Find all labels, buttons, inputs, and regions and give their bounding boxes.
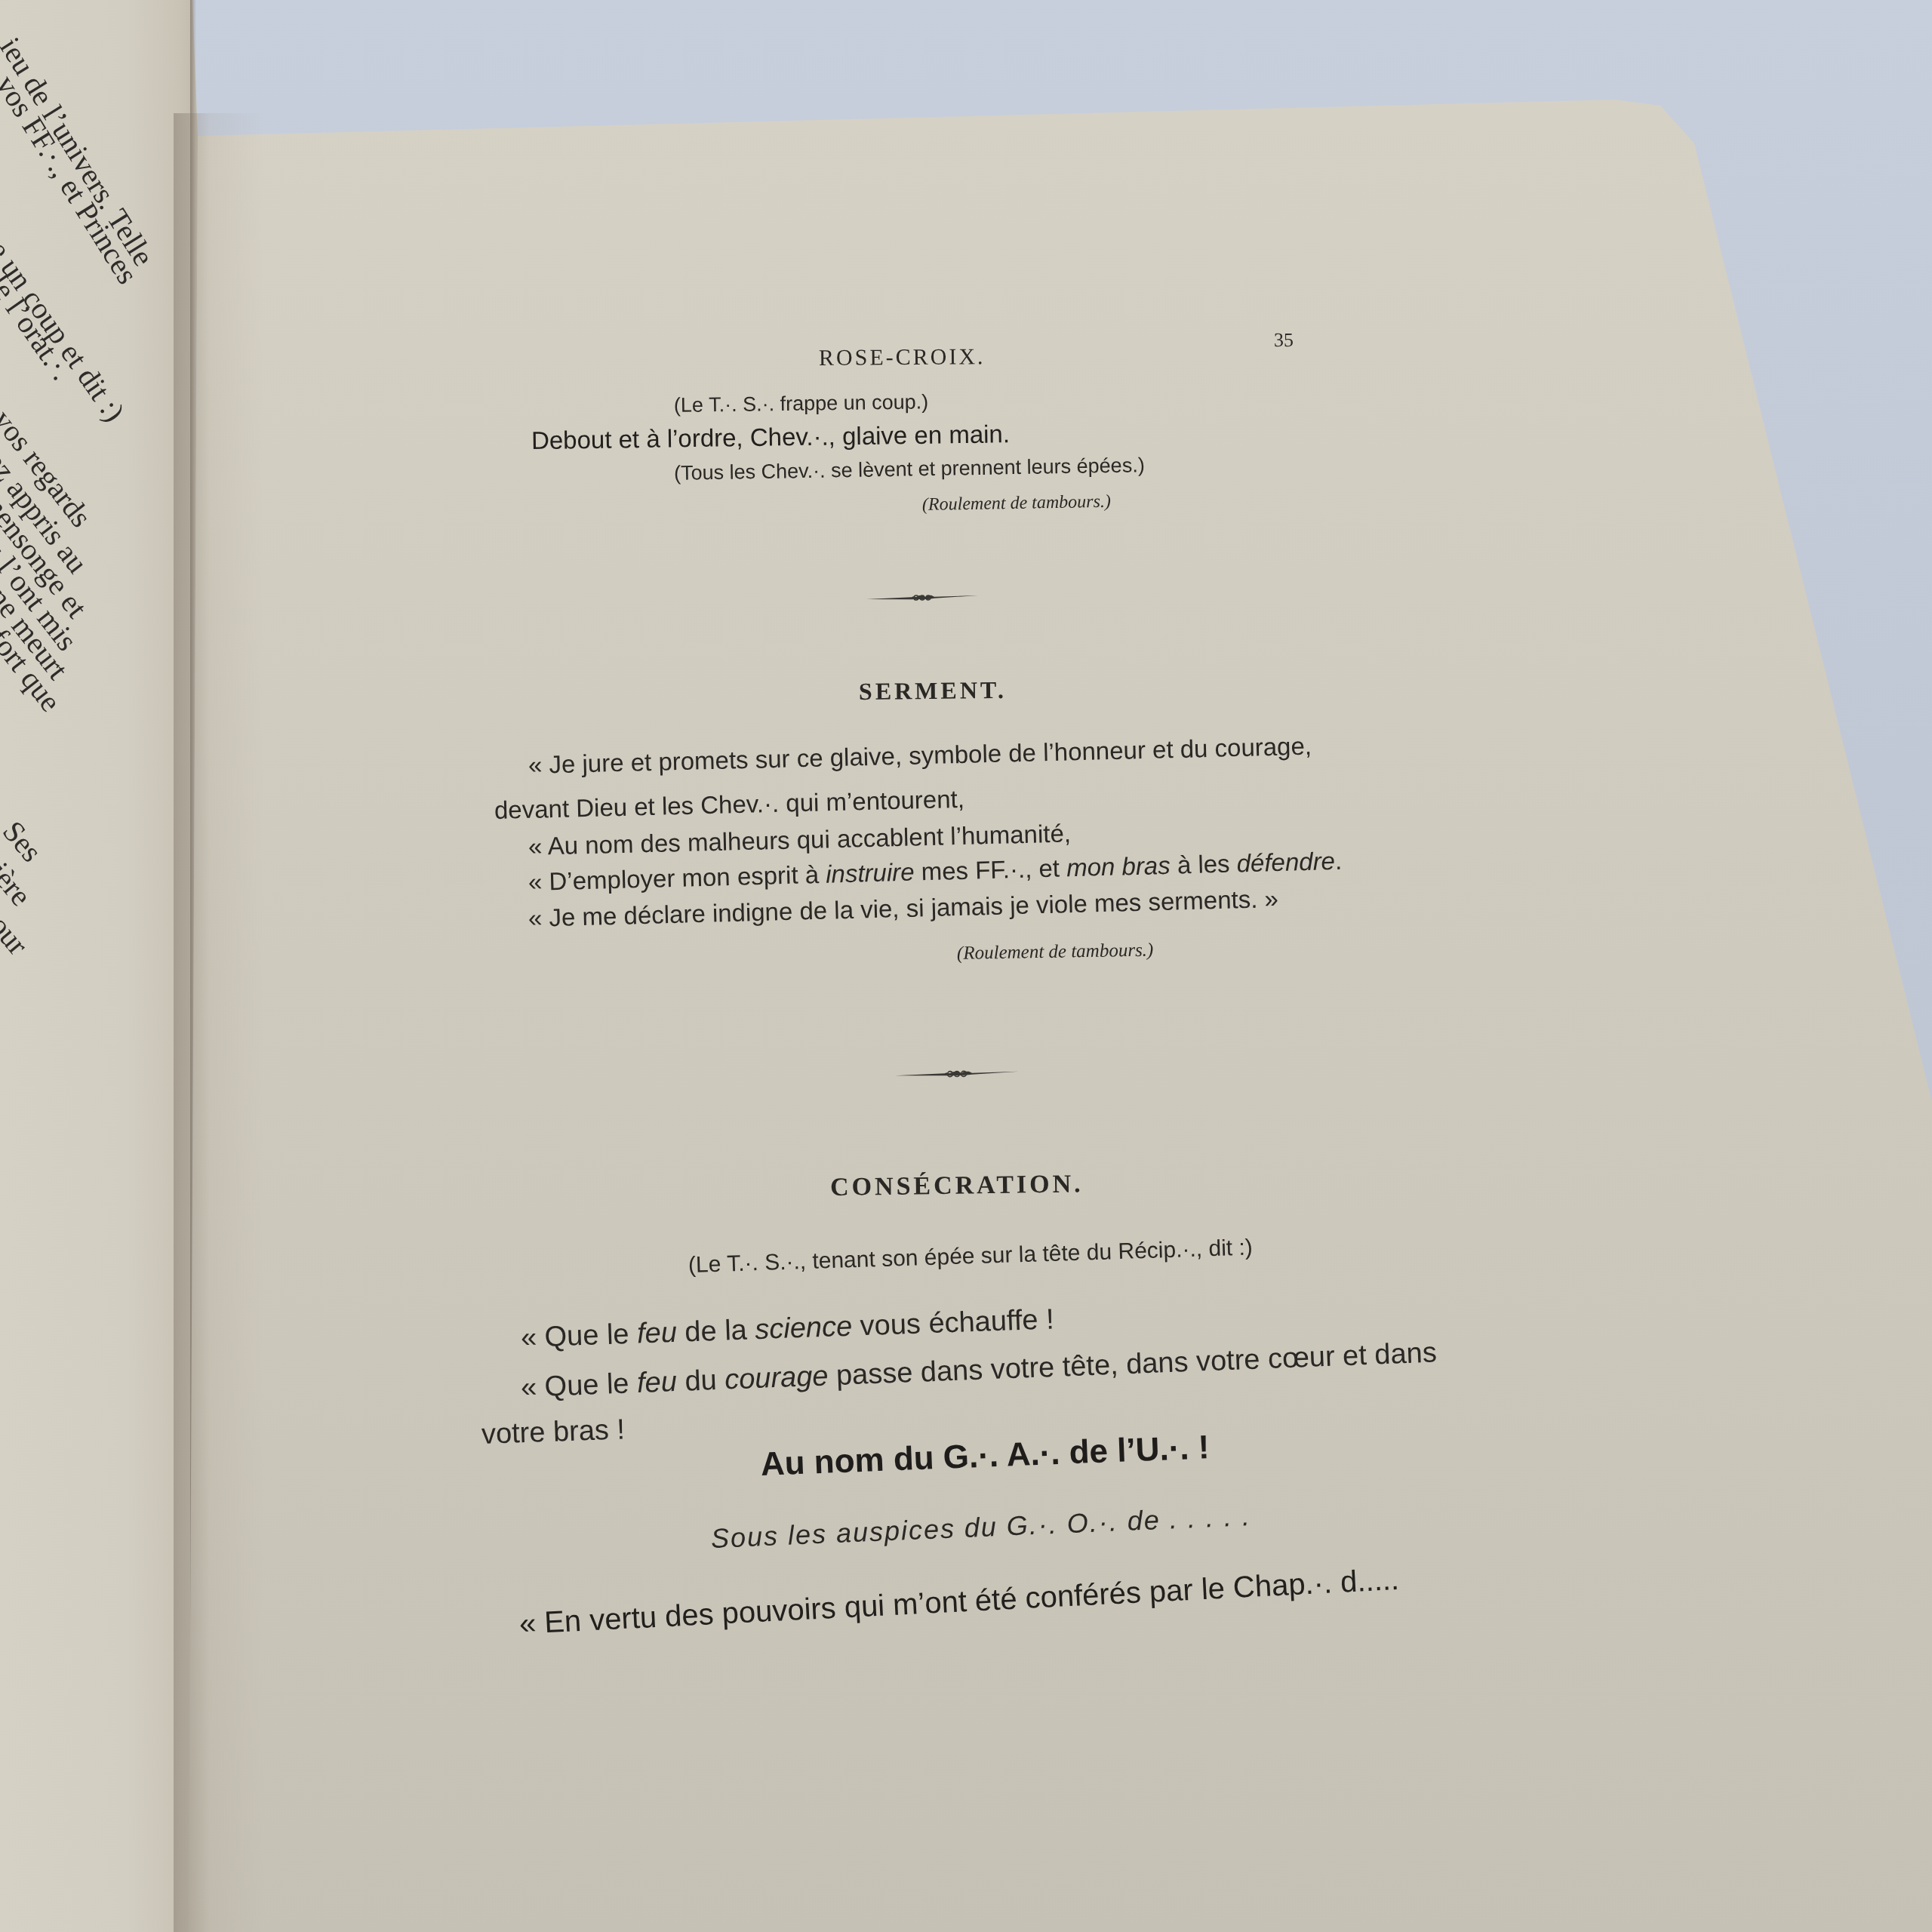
running-head: ROSE-CROIX. [819,344,986,371]
stage-direction: (Le T.·. S.·. frappe un coup.) [674,390,929,417]
consecration-text: « Que le [520,1367,638,1404]
right-page [0,0,1932,1932]
oath-text-emphasis: instruire [826,858,915,888]
oath-text: à les [1170,849,1237,878]
consecration-line: votre bras ! [481,1414,625,1451]
consecration-text-emphasis: courage [724,1360,829,1395]
oath-text: . [1334,847,1342,875]
consecration-text: « Que le [520,1318,638,1354]
consecration-text: du [676,1364,725,1398]
oath-text-emphasis: défendre [1236,847,1335,877]
stage-direction: (Roulement de tambours.) [957,940,1154,964]
consecration-text: vous échauffe ! [851,1303,1054,1342]
section-heading-serment: SERMENT. [859,676,1007,706]
stage-direction: (Roulement de tambours.) [922,492,1111,515]
ornament-divider [866,592,978,603]
consecration-text-emphasis: science [755,1311,853,1346]
consecration-text-emphasis: feu [636,1317,677,1350]
oath-text-emphasis: mon bras [1066,851,1171,882]
consecration-text: de la [676,1314,755,1349]
ornament-divider [895,1069,1019,1079]
photo-scene: ieu de l’univers. Telle vos FF.·., et Pr… [0,0,1932,1932]
oath-text: mes FF.·., et [914,854,1067,885]
consecration-text-emphasis: feu [636,1366,677,1399]
section-heading-consecration: CONSÉCRATION. [830,1170,1084,1202]
page-number: 35 [1274,329,1294,352]
